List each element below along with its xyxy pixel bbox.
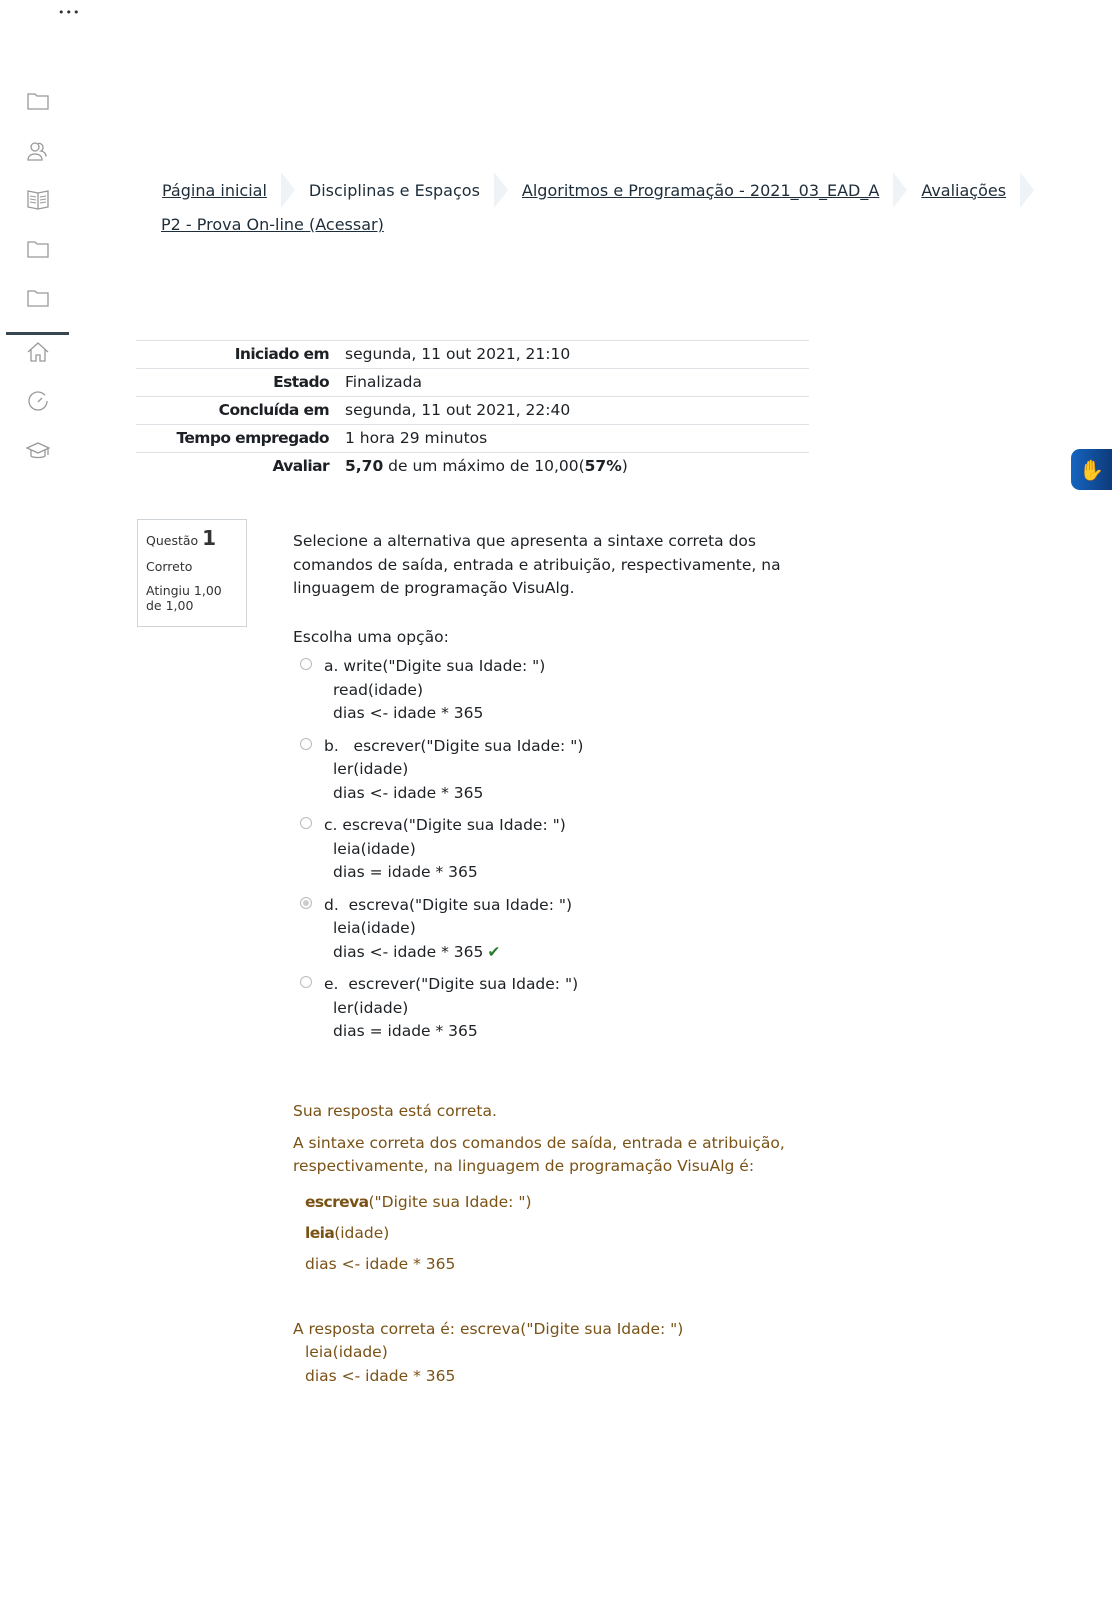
folder-icon[interactable] — [26, 90, 50, 112]
more-menu-icon[interactable]: ••• — [58, 6, 80, 19]
users-icon[interactable] — [26, 140, 50, 162]
feedback-explanation: A sintaxe correta dos comandos de saída,… — [293, 1132, 793, 1179]
summary-row: Tempo empregado 1 hora 29 minutos — [136, 425, 809, 453]
radio-button[interactable] — [300, 738, 312, 750]
home-icon[interactable] — [26, 341, 50, 363]
summary-label: Estado — [136, 369, 345, 397]
question-text: Selecione a alternativa que apresenta a … — [293, 530, 793, 601]
summary-value: Finalizada — [345, 369, 809, 397]
answer-options: a. write("Digite sua Idade: ") read(idad… — [300, 655, 583, 1053]
breadcrumb-quiz[interactable]: P2 - Prova On-line (Acessar) — [161, 215, 384, 234]
folder-icon[interactable] — [26, 238, 50, 260]
correct-check-icon: ✔ — [487, 943, 500, 961]
breadcrumb-home[interactable]: Página inicial — [162, 181, 267, 200]
summary-label: Avaliar — [136, 453, 345, 481]
summary-row: Estado Finalizada — [136, 369, 809, 397]
grade-value: 5,70 de um máximo de 10,00(57%) — [345, 453, 809, 481]
breadcrumb-disciplinas: Disciplinas e Espaços — [309, 181, 480, 200]
question-state: Correto — [146, 559, 238, 574]
option-d[interactable]: d. escreva("Digite sua Idade: ") leia(id… — [300, 894, 583, 965]
summary-row: Concluída em segunda, 11 out 2021, 22:40 — [136, 397, 809, 425]
summary-label: Iniciado em — [136, 341, 345, 369]
summary-label: Concluída em — [136, 397, 345, 425]
breadcrumb-separator-icon — [494, 172, 508, 208]
attempt-summary-table: Iniciado em segunda, 11 out 2021, 21:10 … — [136, 340, 809, 480]
sign-language-hands-icon[interactable]: ✋ — [1071, 449, 1112, 490]
radio-button[interactable] — [300, 817, 312, 829]
summary-value: 1 hora 29 minutos — [345, 425, 809, 453]
option-c[interactable]: c. escreva("Digite sua Idade: ") leia(id… — [300, 814, 583, 885]
radio-button[interactable] — [300, 658, 312, 670]
grade-text-end: ) — [622, 457, 628, 475]
summary-value: segunda, 11 out 2021, 21:10 — [345, 341, 809, 369]
summary-value: segunda, 11 out 2021, 22:40 — [345, 397, 809, 425]
right-answer: A resposta correta é: escreva("Digite su… — [293, 1318, 793, 1389]
option-b[interactable]: b. escrever("Digite sua Idade: ") ler(id… — [300, 735, 583, 806]
breadcrumb-course[interactable]: Algoritmos e Programação - 2021_03_EAD_A — [522, 181, 879, 200]
grade-score: 5,70 — [345, 457, 383, 475]
folder-icon[interactable] — [26, 287, 50, 309]
dashboard-gauge-icon[interactable] — [26, 390, 50, 412]
breadcrumb: Página inicial Disciplinas e Espaços Alg… — [162, 172, 1048, 208]
feedback-code: escreva("Digite sua Idade: ") leia(idade… — [293, 1187, 793, 1280]
breadcrumb-separator-icon — [893, 172, 907, 208]
radio-button[interactable] — [300, 976, 312, 988]
summary-label: Tempo empregado — [136, 425, 345, 453]
question-number: Questão 1 — [146, 526, 238, 550]
question-info-box: Questão 1 Correto Atingiu 1,00 de 1,00 — [137, 519, 247, 627]
feedback: Sua resposta está correta. A sintaxe cor… — [293, 1100, 793, 1388]
graduation-cap-icon[interactable] — [26, 440, 50, 462]
feedback-status: Sua resposta está correta. — [293, 1100, 793, 1124]
summary-row: Iniciado em segunda, 11 out 2021, 21:10 — [136, 341, 809, 369]
summary-row: Avaliar 5,70 de um máximo de 10,00(57%) — [136, 453, 809, 481]
grade-text: de um máximo de 10,00( — [383, 457, 584, 475]
breadcrumb-avaliacoes[interactable]: Avaliações — [921, 181, 1006, 200]
answer-prompt: Escolha uma opção: — [293, 628, 449, 646]
option-a[interactable]: a. write("Digite sua Idade: ") read(idad… — [300, 655, 583, 726]
breadcrumb-separator-icon — [281, 172, 295, 208]
radio-button-selected[interactable] — [300, 897, 312, 909]
book-icon[interactable] — [26, 188, 50, 210]
grade-percent: 57% — [585, 457, 622, 475]
question-mark: Atingiu 1,00 de 1,00 — [146, 583, 238, 613]
sidebar-active-indicator — [6, 332, 69, 335]
breadcrumb-separator-icon — [1020, 172, 1034, 208]
option-e[interactable]: e. escrever("Digite sua Idade: ") ler(id… — [300, 973, 583, 1044]
